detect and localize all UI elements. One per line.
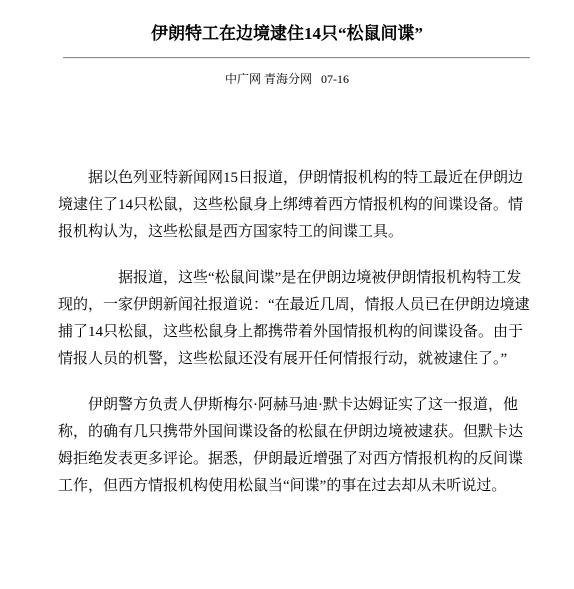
title-divider <box>63 57 530 59</box>
article-body: 据以色列亚特新闻网15日报道，伊朗情报机构的特工最近在伊朗边境逮住了14只松鼠，… <box>58 165 530 500</box>
byline-source: 中广网 青海分网 <box>225 72 312 86</box>
article-paragraph-1: 据以色列亚特新闻网15日报道，伊朗情报机构的特工最近在伊朗边境逮住了14只松鼠，… <box>58 165 530 246</box>
article-title: 伊朗特工在边境逮住14只“松鼠间谍” <box>0 0 574 45</box>
article-paragraph-3: 伊朗警方负责人伊斯梅尔·阿赫马迪·默卡达姆证实了这一报道，他称，的确有几只携带外… <box>58 392 530 500</box>
news-article-page: 伊朗特工在边境逮住14只“松鼠间谍” 中广网 青海分网 07-16 据以色列亚特… <box>0 0 574 589</box>
byline-date: 07-16 <box>321 72 349 86</box>
article-paragraph-2: 据报道，这些“松鼠间谍”是在伊朗边境被伊朗情报机构特工发现的，一家伊朗新闻社报道… <box>58 265 530 373</box>
byline: 中广网 青海分网 07-16 <box>0 71 574 87</box>
